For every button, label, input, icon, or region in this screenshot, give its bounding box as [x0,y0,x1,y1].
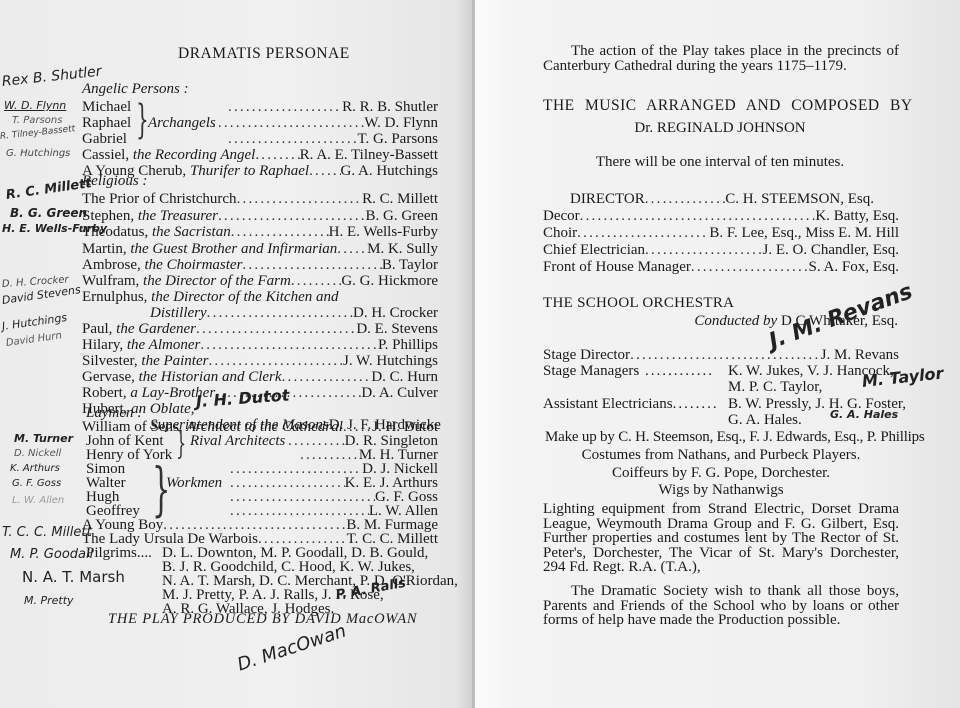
brace-rival-architects: } [176,427,186,459]
signature: G. A. Hales [830,408,898,421]
rival-architects-label: Rival Architects [190,432,285,451]
signature: G. Hutchings [6,148,70,159]
crew-row: Front of House ManagerS. A. Fox, Esq. [543,258,899,277]
signature: M. Pretty [24,594,74,607]
signature: W. D. Flynn [4,99,66,112]
signature: M. Turner [14,432,73,445]
orchestra-heading: THE SCHOOL ORCHESTRA [543,294,734,313]
lighting-paragraph: Lighting equipment from Strand Electric,… [543,502,899,575]
dramatis-personae-heading: DRAMATIS PERSONAE [178,45,350,63]
signature: N. A. T. Marsh [22,568,125,586]
wigs-line: Wigs by Nathanwigs [543,481,899,500]
signature: T. Parsons [12,115,62,126]
signature: K. Arthurs [10,463,60,474]
signature: D. Nickell [14,448,61,459]
signature: T. C. C. Millett [2,525,92,540]
costumes-line: Costumes from Nathans, and Purbeck Playe… [543,446,899,465]
signature: G. F. Goss [12,478,61,489]
signature: H. E. Wells-Furby [2,222,107,235]
signature: M. P. Goodall [10,547,93,562]
setting-paragraph: The action of the Play takes place in th… [543,44,899,74]
page-spine [472,0,475,708]
music-heading: THE MUSIC ARRANGED AND COMPOSED BY [543,97,899,115]
signature: B. G. Green [10,206,87,220]
music-composer: Dr. REGINALD JOHNSON [530,119,910,138]
producer-line: THE PLAY PRODUCED BY DAVID MacOWAN [108,610,417,629]
stage-managers-label: Stage Managers ............ [543,362,714,381]
makeup-line: Make up by C. H. Steemson, Esq., F. J. E… [545,428,925,447]
thanks-paragraph: The Dramatic Society wish to thank all t… [543,584,899,628]
interval-note: There will be one interval of ten minute… [530,153,910,172]
workmen-label: Workmen [166,474,222,493]
signature: L. W. Allen [12,495,64,506]
assistant-electricians-label: Assistant Electricians........ [543,395,719,414]
brace-archangels: } [136,100,149,140]
pilgrims-label: Pilgrims.... [86,544,152,563]
